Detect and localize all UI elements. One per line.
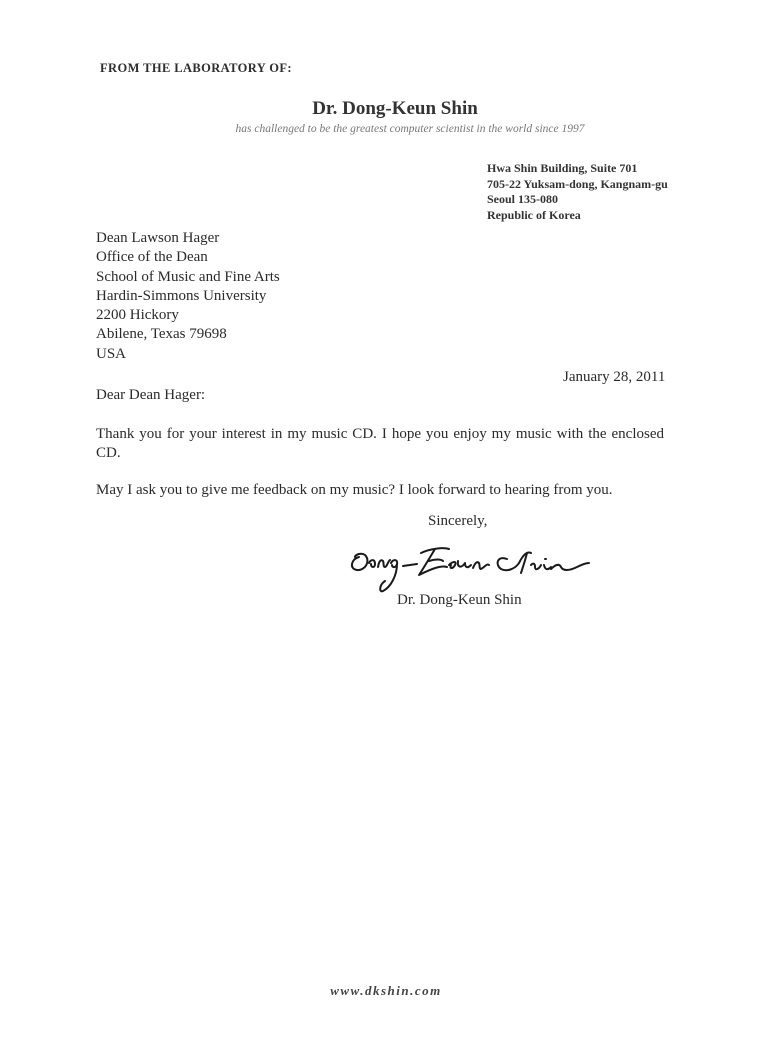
recipient-line: 2200 Hickory (96, 306, 280, 325)
body-paragraph-2: May I ask you to give me feedback on my … (96, 482, 613, 499)
sender-address-line: Republic of Korea (487, 208, 668, 224)
letter-date: January 28, 2011 (563, 369, 665, 386)
sender-address-line: Seoul 135-080 (487, 192, 668, 208)
sender-address: Hwa Shin Building, Suite 701 705-22 Yuks… (487, 161, 668, 223)
letterhead-name: Dr. Dong-Keun Shin (0, 98, 760, 120)
recipient-line: Abilene, Texas 79698 (96, 325, 280, 344)
recipient-line: USA (96, 345, 280, 364)
recipient-address: Dean Lawson Hager Office of the Dean Sch… (96, 229, 280, 364)
website-link[interactable]: www.dkshin.com (0, 983, 760, 999)
recipient-line: School of Music and Fine Arts (96, 268, 280, 287)
sender-address-line: 705-22 Yuksam-dong, Kangnam-gu (487, 177, 668, 193)
salutation: Dear Dean Hager: (96, 387, 205, 404)
recipient-line: Office of the Dean (96, 248, 280, 267)
letterhead-tagline: has challenged to be the greatest comput… (0, 123, 760, 135)
sender-address-line: Hwa Shin Building, Suite 701 (487, 161, 668, 177)
recipient-line: Hardin-Simmons University (96, 287, 280, 306)
from-laboratory-label: FROM THE LABORATORY OF: (100, 61, 292, 76)
handwritten-signature-icon (345, 535, 595, 595)
signer-name: Dr. Dong-Keun Shin (397, 592, 522, 609)
recipient-line: Dean Lawson Hager (96, 229, 280, 248)
closing: Sincerely, (428, 513, 487, 530)
body-paragraph-1: Thank you for your interest in my music … (96, 425, 664, 463)
